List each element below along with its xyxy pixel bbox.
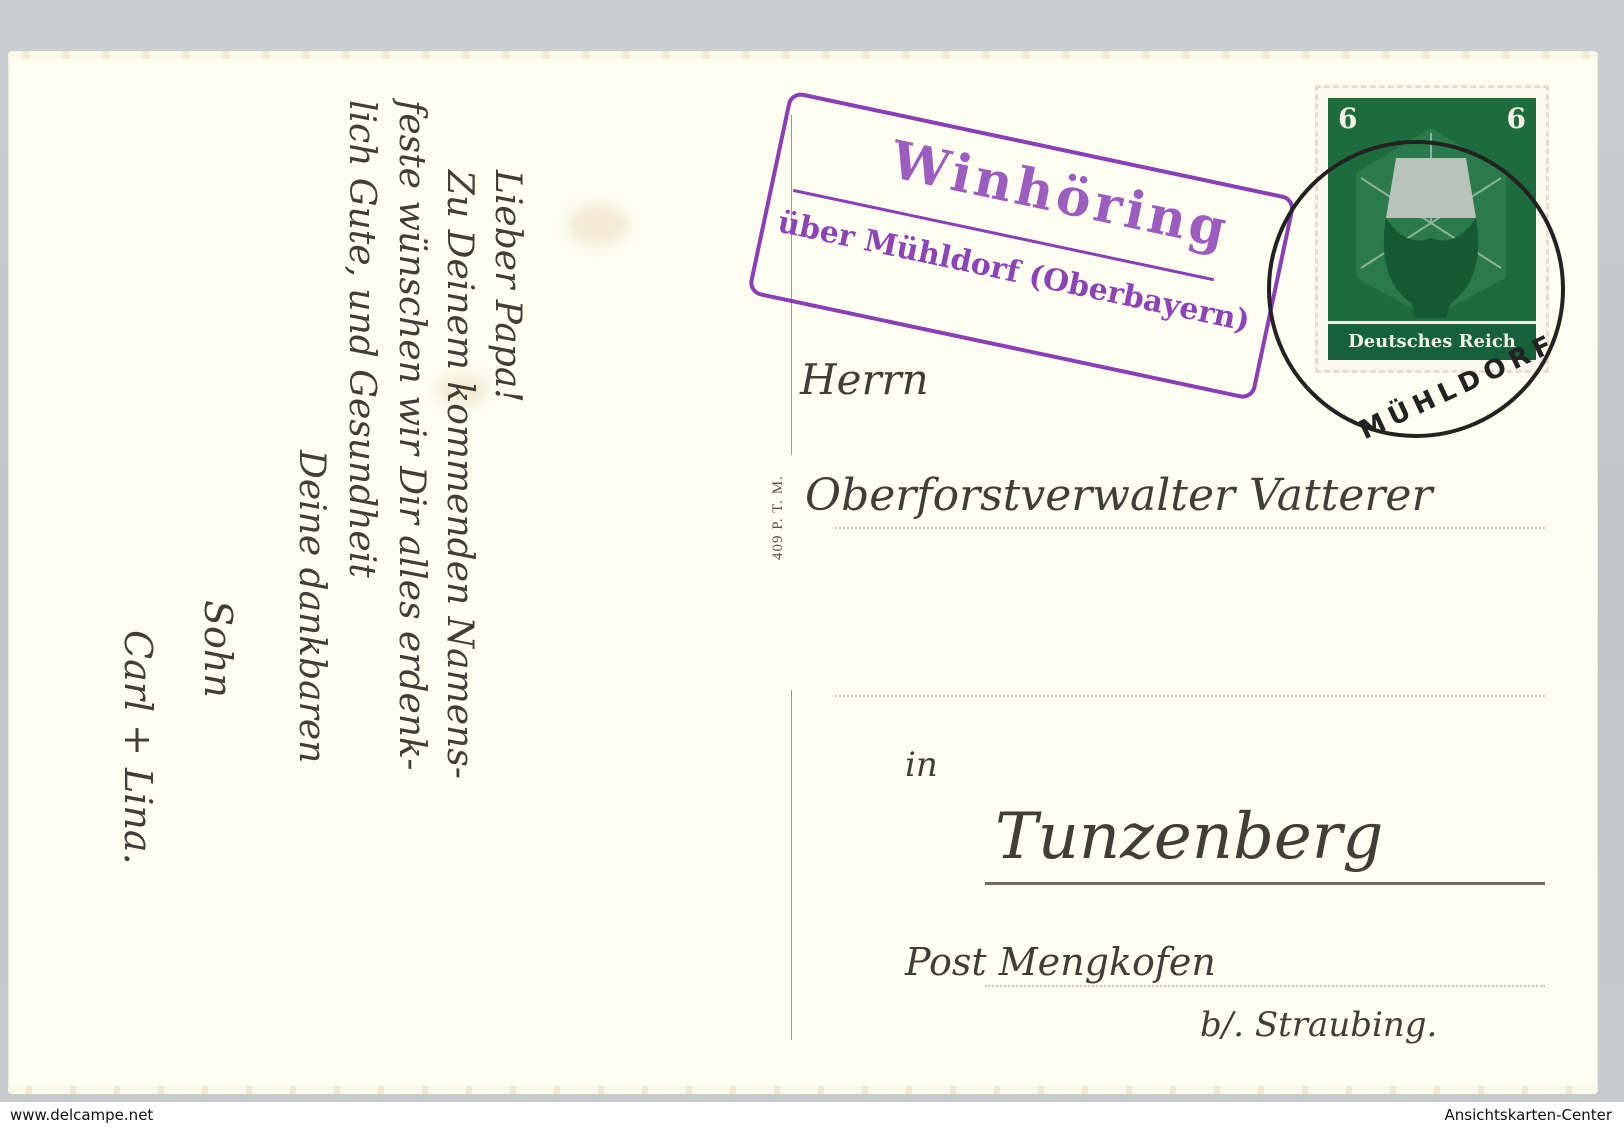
message-line-5: Deine dankbaren [291, 450, 332, 763]
stamp-value-left: 6 [1338, 102, 1357, 135]
printer-code: 409 P. T. M. [770, 475, 787, 560]
address-line-3-underline [985, 882, 1545, 885]
message-line-2: Zu Deinem kommenden Namens- [439, 170, 480, 779]
address-post: Post Mengkofen [905, 940, 1216, 984]
address-line-1 [835, 527, 1545, 529]
address-district: b/. Straubing. [1200, 1005, 1437, 1045]
watermark-left: www.delcampe.net [10, 1106, 153, 1124]
message-line-1: Lieber Papa! [487, 170, 528, 403]
address-name: Oberforstverwalter Vatterer [805, 470, 1433, 521]
message-line-4: lich Gute, und Gesundheit [341, 100, 382, 578]
center-divider-bottom [791, 690, 792, 1040]
address-line-4 [985, 985, 1545, 987]
address-line-2 [835, 695, 1545, 697]
paper-stain [568, 205, 628, 245]
message-line-7: Carl + Lina. [116, 630, 160, 865]
postmark: MÜHLDORF [1267, 140, 1565, 438]
message-line-3: feste wünschen wir Dir alles erdenk- [391, 100, 432, 770]
stamp-value-right: 6 [1507, 102, 1526, 135]
address-salutation: Herrn [800, 355, 929, 404]
watermark-right: Ansichtskarten-Center [1445, 1106, 1613, 1124]
message-line-6: Sohn [196, 600, 240, 698]
address-prefix: in [905, 745, 938, 785]
address-town: Tunzenberg [995, 800, 1383, 874]
